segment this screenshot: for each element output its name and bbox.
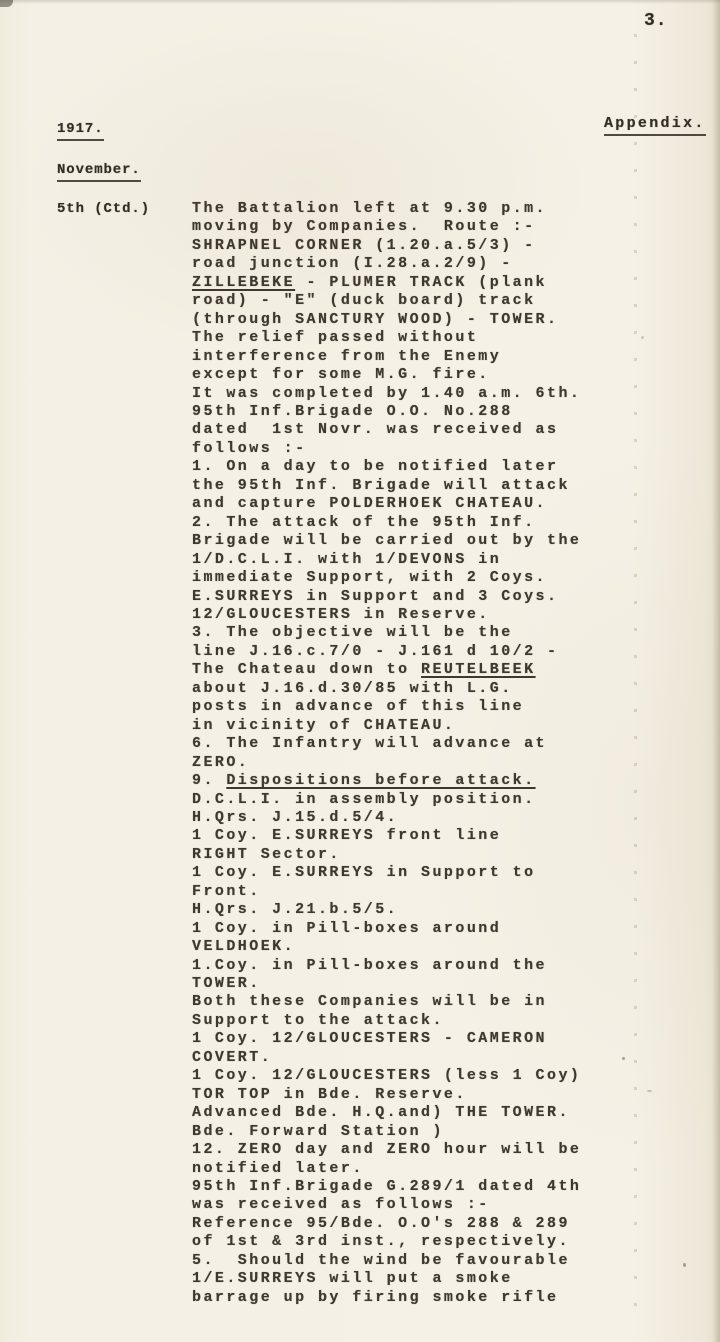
text-segment: immediate Support, with 2 Coys. (192, 569, 547, 586)
text-line: 2. The attack of the 95th Inf. (192, 514, 632, 532)
text-segment: except for some M.G. fire. (192, 366, 490, 383)
binding-perforation-line (634, 34, 637, 1330)
page-right-edge (712, 0, 720, 1342)
text-line: 3. The objective will be the (192, 624, 632, 642)
text-line: road) - "E" (duck board) track (192, 292, 632, 310)
text-line: RIGHT Sector. (192, 846, 632, 864)
year-heading: 1917. (57, 121, 104, 141)
text-segment: road) - "E" (duck board) track (192, 292, 536, 309)
text-segment: was received as follows :- (192, 1196, 490, 1213)
text-line: about J.16.d.30/85 with L.G. (192, 680, 632, 698)
text-line: TOWER. (192, 975, 632, 993)
text-segment: Brigade will be carried out by the (192, 532, 581, 549)
text-segment: 1. On a day to be notified later (192, 458, 558, 475)
text-segment: 12/GLOUCESTERS in Reserve. (192, 606, 490, 623)
text-segment: 95th Inf.Brigade O.O. No.288 (192, 403, 513, 420)
text-segment: interference from the Enemy (192, 348, 501, 365)
text-line: Support to the attack. (192, 1012, 632, 1030)
text-line: It was completed by 1.40 a.m. 6th. (192, 385, 632, 403)
text-segment: line J.16.c.7/0 - J.161 d 10/2 - (192, 643, 558, 660)
text-line: 1 Coy. E.SURREYS in Support to (192, 864, 632, 882)
text-segment: E.SURREYS in Support and 3 Coys. (192, 588, 558, 605)
text-segment: in vicinity of CHATEAU. (192, 717, 455, 734)
text-line: barrage up by firing smoke rifle (192, 1289, 632, 1307)
appendix-heading: Appendix. (604, 115, 706, 136)
text-line: 9. Dispositions before attack. (192, 772, 632, 790)
text-line: 1 Coy. 12/GLOUCESTERS (less 1 Coy) (192, 1067, 632, 1085)
text-line: ZILLEBEKE - PLUMER TRACK (plank (192, 274, 632, 292)
text-segment: Support to the attack. (192, 1012, 444, 1029)
day-label: 5th (Ctd.) (57, 201, 150, 217)
body-lines: The Battalion left at 9.30 p.m.moving by… (192, 200, 632, 1307)
text-line: 6. The Infantry will advance at (192, 735, 632, 753)
text-segment: ZERO. (192, 754, 249, 771)
text-line: Bde. Forward Station ) (192, 1123, 632, 1141)
text-line: COVERT. (192, 1049, 632, 1067)
text-line: except for some M.G. fire. (192, 366, 632, 384)
text-segment: 1/E.SURREYS will put a smoke (192, 1270, 513, 1287)
text-segment: the 95th Inf. Brigade will attack (192, 477, 570, 494)
text-segment: The Battalion left at 9.30 p.m. (192, 200, 547, 217)
underlined-text: ZILLEBEKE (192, 274, 295, 291)
text-segment: H.Qrs. J.15.d.5/4. (192, 809, 398, 826)
text-line: Both these Companies will be in (192, 993, 632, 1011)
text-line: 12/GLOUCESTERS in Reserve. (192, 606, 632, 624)
text-line: E.SURREYS in Support and 3 Coys. (192, 588, 632, 606)
text-line: 5. Should the wind be favourable (192, 1252, 632, 1270)
month-heading: November. (57, 162, 141, 182)
text-segment: 1 Coy. in Pill-boxes around (192, 920, 501, 937)
text-line: Front. (192, 883, 632, 901)
text-segment: 12. ZERO day and ZERO hour will be (192, 1141, 581, 1158)
text-segment: 6. The Infantry will advance at (192, 735, 547, 752)
text-segment: 1 Coy. 12/GLOUCESTERS - CAMERON (192, 1030, 547, 1047)
document-page: 3. 1917. Appendix. November. 5th (Ctd.) … (0, 0, 720, 1342)
text-segment: 1 Coy. E.SURREYS in Support to (192, 864, 536, 881)
text-segment: D.C.L.I. in assembly position. (192, 791, 536, 808)
paper-speck (683, 1263, 686, 1267)
text-line: H.Qrs. J.21.b.5/5. (192, 901, 632, 919)
text-line: dated 1st Novr. was received as (192, 421, 632, 439)
text-segment: 9. (192, 772, 226, 789)
text-segment: TOR TOP in Bde. Reserve. (192, 1086, 467, 1103)
text-line: The Battalion left at 9.30 p.m. (192, 200, 632, 218)
text-segment: Bde. Forward Station ) (192, 1123, 444, 1140)
text-segment: It was completed by 1.40 a.m. 6th. (192, 385, 581, 402)
text-line: follows :- (192, 440, 632, 458)
text-line: 95th Inf.Brigade G.289/1 dated 4th (192, 1178, 632, 1196)
text-line: 1 Coy. in Pill-boxes around (192, 920, 632, 938)
text-line: road junction (I.28.a.2/9) - (192, 255, 632, 273)
text-segment: COVERT. (192, 1049, 272, 1066)
text-line: of 1st & 3rd inst., respectively. (192, 1233, 632, 1251)
text-line: line J.16.c.7/0 - J.161 d 10/2 - (192, 643, 632, 661)
text-segment: H.Qrs. J.21.b.5/5. (192, 901, 398, 918)
text-line: 1/E.SURREYS will put a smoke (192, 1270, 632, 1288)
text-line: H.Qrs. J.15.d.5/4. (192, 809, 632, 827)
text-segment: notified later. (192, 1160, 364, 1177)
text-line: and capture POLDERHOEK CHATEAU. (192, 495, 632, 513)
paper-speck (647, 1090, 652, 1092)
text-line: 1 Coy. E.SURREYS front line (192, 827, 632, 845)
text-segment: Both these Companies will be in (192, 993, 547, 1010)
underlined-text: REUTELBEEK (421, 661, 536, 678)
text-segment: - PLUMER TRACK (plank (295, 274, 547, 291)
page-number: 3. (644, 11, 668, 31)
text-segment: Reference 95/Bde. O.O's 288 & 289 (192, 1215, 570, 1232)
text-segment: 5. Should the wind be favourable (192, 1252, 570, 1269)
text-line: interference from the Enemy (192, 348, 632, 366)
text-line: immediate Support, with 2 Coys. (192, 569, 632, 587)
text-line: 1. On a day to be notified later (192, 458, 632, 476)
text-line: VELDHOEK. (192, 938, 632, 956)
text-segment: road junction (I.28.a.2/9) - (192, 255, 513, 272)
text-line: Reference 95/Bde. O.O's 288 & 289 (192, 1215, 632, 1233)
text-line: Brigade will be carried out by the (192, 532, 632, 550)
text-line: was received as follows :- (192, 1196, 632, 1214)
text-segment: 1 Coy. E.SURREYS front line (192, 827, 501, 844)
text-segment: The relief passed without (192, 329, 478, 346)
text-segment: 3. The objective will be the (192, 624, 513, 641)
text-segment: Advanced Bde. H.Q.and) THE TOWER. (192, 1104, 570, 1121)
text-segment: RIGHT Sector. (192, 846, 341, 863)
text-line: 1/D.C.L.I. with 1/DEVONS in (192, 551, 632, 569)
text-line: TOR TOP in Bde. Reserve. (192, 1086, 632, 1104)
text-line: posts in advance of this line (192, 698, 632, 716)
text-segment: 1.Coy. in Pill-boxes around the (192, 957, 547, 974)
text-segment: about J.16.d.30/85 with L.G. (192, 680, 513, 697)
text-line: SHRAPNEL CORNER (1.20.a.5/3) - (192, 237, 632, 255)
underlined-text: Dispositions before attack. (226, 772, 535, 789)
text-line: The relief passed without (192, 329, 632, 347)
text-line: The Chateau down to REUTELBEEK (192, 661, 632, 679)
text-segment: dated 1st Novr. was received as (192, 421, 558, 438)
paper-speck (641, 336, 644, 339)
text-segment: 2. The attack of the 95th Inf. (192, 514, 536, 531)
text-line: 12. ZERO day and ZERO hour will be (192, 1141, 632, 1159)
text-segment: 1 Coy. 12/GLOUCESTERS (less 1 Coy) (192, 1067, 581, 1084)
text-segment: (through SANCTURY WOOD) - TOWER. (192, 311, 558, 328)
text-segment: posts in advance of this line (192, 698, 524, 715)
text-line: in vicinity of CHATEAU. (192, 717, 632, 735)
text-segment: 1/D.C.L.I. with 1/DEVONS in (192, 551, 501, 568)
text-line: notified later. (192, 1160, 632, 1178)
text-line: 95th Inf.Brigade O.O. No.288 (192, 403, 632, 421)
text-segment: The Chateau down to (192, 661, 421, 678)
text-line: D.C.L.I. in assembly position. (192, 791, 632, 809)
text-segment: VELDHOEK. (192, 938, 295, 955)
scan-corner-artifact (0, 0, 13, 7)
text-line: the 95th Inf. Brigade will attack (192, 477, 632, 495)
text-segment: SHRAPNEL CORNER (1.20.a.5/3) - (192, 237, 536, 254)
text-segment: TOWER. (192, 975, 261, 992)
text-segment: Front. (192, 883, 261, 900)
text-line: ZERO. (192, 754, 632, 772)
text-segment: moving by Companies. Route :- (192, 218, 536, 235)
text-segment: of 1st & 3rd inst., respectively. (192, 1233, 570, 1250)
text-line: Advanced Bde. H.Q.and) THE TOWER. (192, 1104, 632, 1122)
text-line: moving by Companies. Route :- (192, 218, 632, 236)
text-line: 1.Coy. in Pill-boxes around the (192, 957, 632, 975)
text-segment: follows :- (192, 440, 307, 457)
text-segment: and capture POLDERHOEK CHATEAU. (192, 495, 547, 512)
text-segment: 95th Inf.Brigade G.289/1 dated 4th (192, 1178, 581, 1195)
text-line: (through SANCTURY WOOD) - TOWER. (192, 311, 632, 329)
paper-speck (622, 1057, 625, 1060)
text-line: 1 Coy. 12/GLOUCESTERS - CAMERON (192, 1030, 632, 1048)
text-segment: barrage up by firing smoke rifle (192, 1289, 558, 1306)
